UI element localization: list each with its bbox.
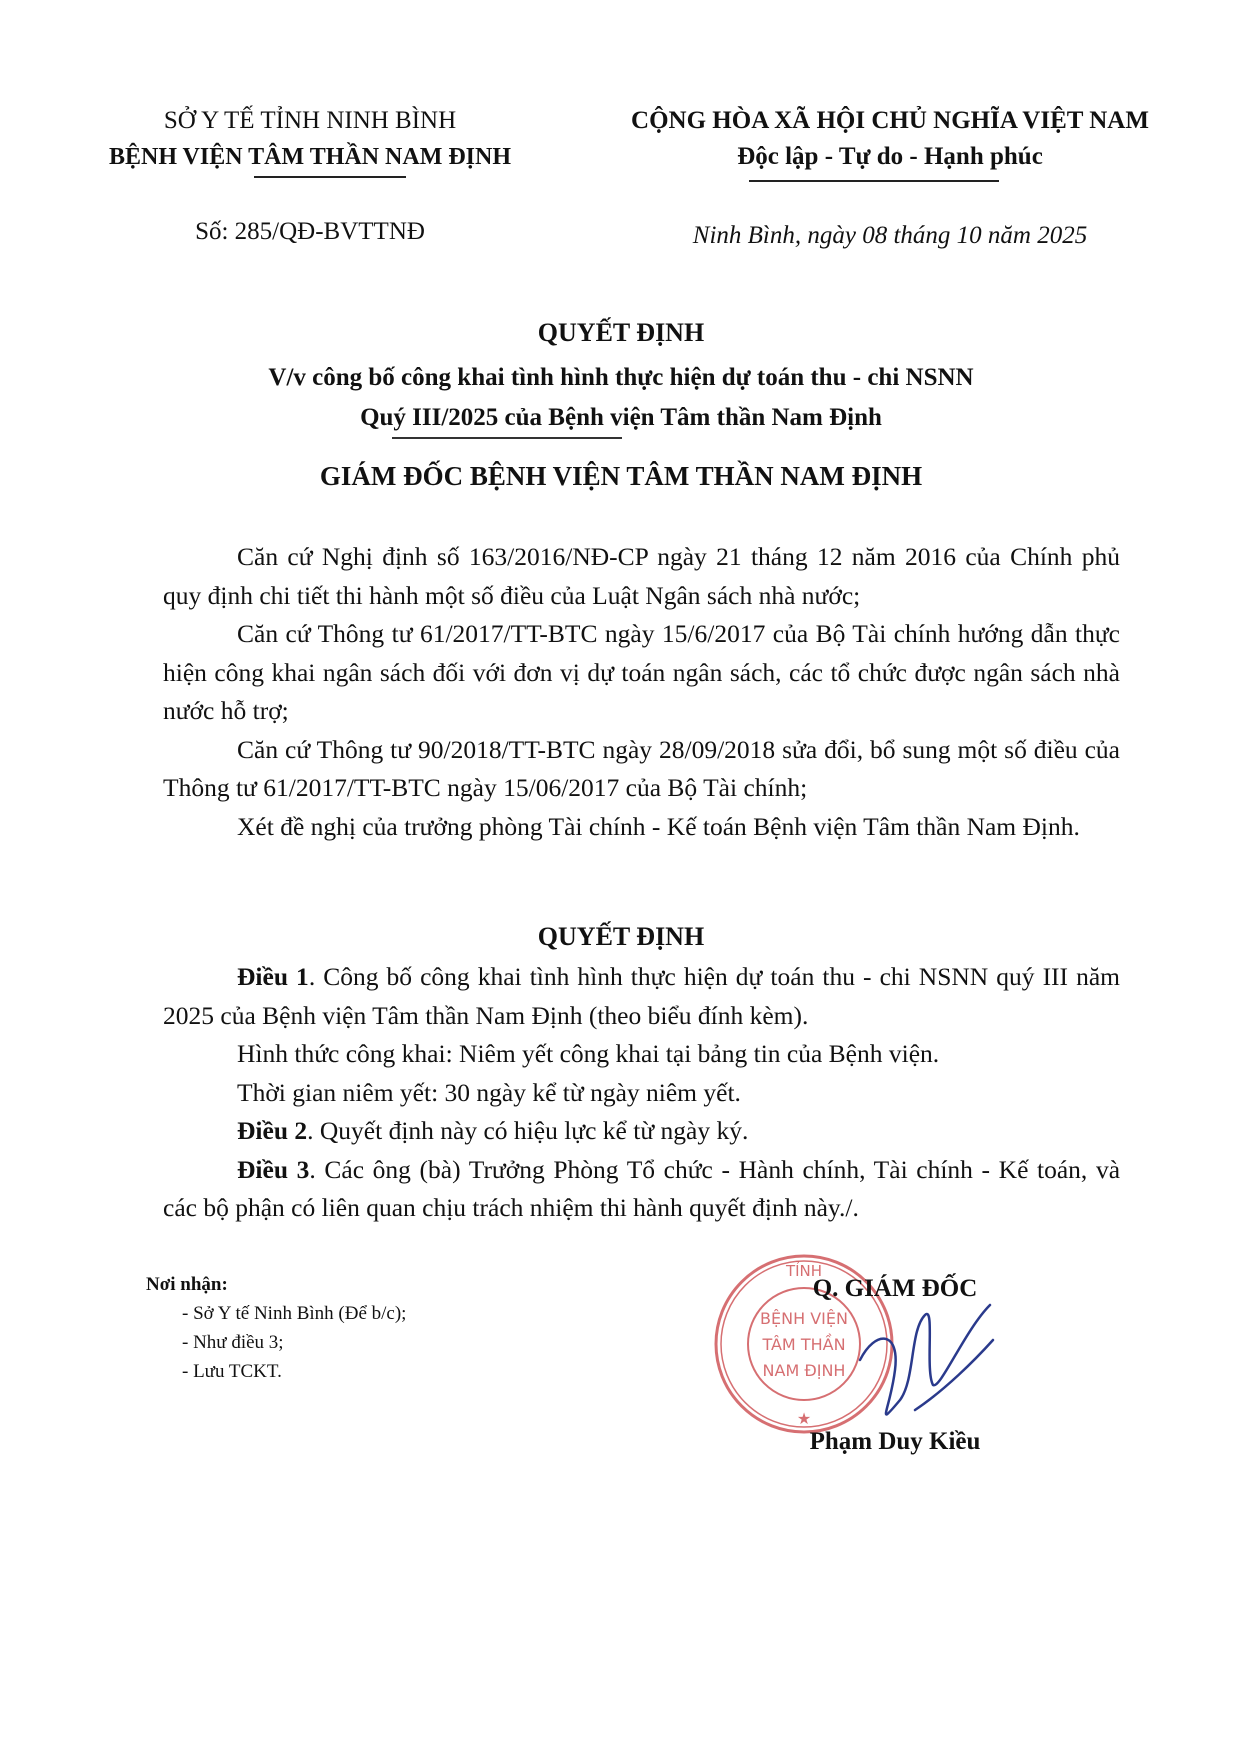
article-label: Điều 1 (237, 962, 309, 991)
document-subject: V/v công bố công khai tình hình thực hiệ… (0, 358, 1242, 438)
seal-inner-line: BỆNH VIỆN (760, 1309, 848, 1328)
subject-line-1: V/v công bố công khai tình hình thực hiệ… (0, 358, 1242, 398)
decision-heading: QUYẾT ĐỊNH (0, 922, 1242, 952)
article-text: . Quyết định này có hiệu lực kể từ ngày … (307, 1116, 748, 1145)
document-type-title: QUYẾT ĐỊNH (0, 318, 1242, 348)
document-number: Số: 285/QĐ-BVTTNĐ (60, 218, 560, 246)
preamble-paragraph: Xét đề nghị của trưởng phòng Tài chính -… (163, 808, 1120, 847)
place-and-date: Ninh Bình, ngày 08 tháng 10 năm 2025 (590, 222, 1190, 250)
handwritten-signature-icon (855, 1290, 995, 1430)
recipients-block: Nơi nhận: - Sở Y tế Ninh Bình (Để b/c); … (146, 1270, 406, 1386)
article-1: Điều 1. Công bố công khai tình hình thực… (163, 958, 1120, 1035)
article-1-form: Hình thức công khai: Niêm yết công khai … (163, 1035, 1120, 1074)
agency-name: SỞ Y TẾ TỈNH NINH BÌNH (60, 103, 560, 139)
article-label: Điều 2 (237, 1116, 307, 1145)
signer-title: Q. GIÁM ĐỐC (790, 1275, 1000, 1303)
national-motto: Độc lập - Tự do - Hạnh phúc (590, 139, 1190, 175)
issuing-agency-block: SỞ Y TẾ TỈNH NINH BÌNH BỆNH VIỆN TÂM THẦ… (60, 103, 560, 175)
preamble-paragraph: Căn cứ Thông tư 90/2018/TT-BTC ngày 28/0… (163, 731, 1120, 808)
country-name: CỘNG HÒA XÃ HỘI CHỦ NGHĨA VIỆT NAM (590, 103, 1190, 139)
motto-underline (749, 180, 999, 182)
hospital-name: BỆNH VIỆN TÂM THẦN NAM ĐỊNH (60, 139, 560, 175)
article-1-duration: Thời gian niêm yết: 30 ngày kể từ ngày n… (163, 1074, 1120, 1113)
hospital-underline (254, 176, 406, 178)
seal-inner-line: TÂM THẦN (761, 1333, 845, 1354)
recipient-item: - Lưu TCKT. (146, 1357, 406, 1386)
article-label: Điều 3 (237, 1155, 309, 1184)
article-3: Điều 3. Các ông (bà) Trưởng Phòng Tổ chứ… (163, 1151, 1120, 1228)
seal-star-icon: ★ (797, 1409, 811, 1428)
issuing-authority: GIÁM ĐỐC BỆNH VIỆN TÂM THẦN NAM ĐỊNH (0, 461, 1242, 492)
subject-underline (392, 437, 622, 439)
preamble: Căn cứ Nghị định số 163/2016/NĐ-CP ngày … (163, 538, 1120, 846)
national-title-block: CỘNG HÒA XÃ HỘI CHỦ NGHĨA VIỆT NAM Độc l… (590, 103, 1190, 175)
recipients-heading: Nơi nhận: (146, 1270, 406, 1299)
subject-line-2: Quý III/2025 của Bệnh viện Tâm thần Nam … (0, 398, 1242, 438)
article-text: Hình thức công khai: Niêm yết công khai … (237, 1039, 939, 1068)
decision-articles: Điều 1. Công bố công khai tình hình thực… (163, 958, 1120, 1228)
recipient-item: - Như điều 3; (146, 1328, 406, 1357)
recipient-item: - Sở Y tế Ninh Bình (Để b/c); (146, 1299, 406, 1328)
article-text: Thời gian niêm yết: 30 ngày kể từ ngày n… (237, 1078, 741, 1107)
preamble-paragraph: Căn cứ Nghị định số 163/2016/NĐ-CP ngày … (163, 538, 1120, 615)
signer-name: Phạm Duy Kiều (770, 1428, 1020, 1456)
preamble-paragraph: Căn cứ Thông tư 61/2017/TT-BTC ngày 15/6… (163, 615, 1120, 731)
article-2: Điều 2. Quyết định này có hiệu lực kể từ… (163, 1112, 1120, 1151)
seal-inner-line: NAM ĐỊNH (763, 1361, 846, 1380)
